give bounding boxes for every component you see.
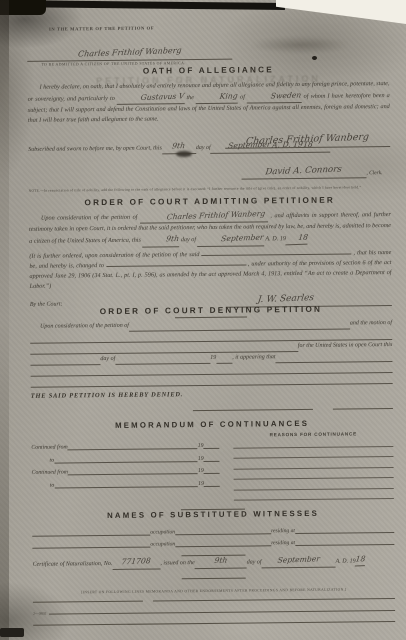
residing-label: residing at bbox=[271, 540, 295, 546]
jurat-text: Subscribed and sworn to before me, by op… bbox=[28, 144, 162, 155]
order-admitting-section: ORDER OF COURT ADMITTING PETITIONER Upon… bbox=[29, 195, 392, 320]
document-content: IN THE MATTER OF THE PETITION OF Charles… bbox=[0, 0, 406, 640]
word-the: the bbox=[186, 94, 194, 101]
nobility-note: NOTE.—In renunciation of title of nobili… bbox=[29, 185, 391, 193]
residing-label: residing at bbox=[271, 528, 295, 534]
center-divider-line bbox=[182, 577, 246, 579]
scanned-document-page: IN THE MATTER OF THE PETITION OF Charles… bbox=[0, 0, 406, 640]
form-number-mark: 2—0892 bbox=[33, 612, 46, 616]
certificate-label: Certificate of Naturalization, No. bbox=[33, 560, 113, 571]
caption-line: IN THE MATTER OF THE PETITION OF bbox=[27, 23, 389, 32]
ruler-name-fill: Gustavus V bbox=[117, 91, 185, 105]
word-of: of bbox=[240, 94, 245, 101]
deny-p1: Upon consideration of the petition of bbox=[30, 322, 129, 333]
clerk-label: , Clerk. bbox=[366, 169, 382, 178]
jurat-day-of: day of bbox=[196, 144, 211, 154]
admit-day-fill: 9th bbox=[142, 234, 179, 248]
continuance-dates-column: Continued from 19 to 19 Continued from bbox=[31, 433, 220, 503]
petition-denied-text: THE SAID PETITION IS HEREBY DENIED. bbox=[31, 389, 393, 400]
certificate-section: Certificate of Naturalization, No. 77170… bbox=[32, 553, 394, 581]
certificate-day-handwritten: 9th bbox=[214, 555, 228, 568]
occupation-label: occupation bbox=[150, 529, 175, 535]
memo-year-blank bbox=[204, 448, 220, 449]
footer-line-segment bbox=[153, 598, 395, 602]
jurat-section: Subscribed and sworn to before me, by op… bbox=[28, 138, 391, 193]
order-denying-section: ORDER OF COURT DENYING PETITION Upon con… bbox=[30, 304, 393, 413]
certificate-issued-label: , issued on the bbox=[160, 559, 194, 569]
certificate-month-handwritten: September bbox=[277, 553, 321, 567]
to-label: to bbox=[32, 482, 55, 488]
country-fill: Sweden bbox=[247, 90, 302, 104]
deny-title-line bbox=[333, 408, 393, 410]
certificate-month-fill: September bbox=[261, 554, 335, 568]
witness-residence-blank bbox=[295, 544, 394, 546]
memorandum-section: MEMORANDUM OF CONTINUANCES Continued fro… bbox=[31, 418, 394, 512]
reason-blank bbox=[234, 489, 394, 501]
certificate-day-fill: 9th bbox=[195, 555, 247, 569]
deny-year-blank bbox=[216, 363, 232, 364]
witness-name-blank bbox=[32, 547, 150, 549]
petitioner-name-line: Charles Frithiof Wanberg bbox=[27, 41, 232, 62]
deny-blank-6 bbox=[31, 383, 393, 388]
ruler-title-handwritten: King bbox=[207, 90, 238, 103]
footer-bracket-note: [INSERT ON FOLLOWING LINES MEMORANDA AND… bbox=[33, 587, 395, 595]
jurat-month-fill: September A. D. 1918 bbox=[211, 139, 331, 154]
witnesses-section: NAMES OF SUBSTITUTED WITNESSES occupatio… bbox=[32, 508, 394, 558]
admit-name-fill: Charles Frithiof Wanberg bbox=[140, 209, 268, 224]
admit-p2a: (It is further ordered, upon considerati… bbox=[29, 251, 199, 260]
jurat-month-handwritten: September bbox=[228, 139, 272, 153]
continued-from-label: Continued from bbox=[32, 469, 68, 475]
admit-day-handwritten: 9th bbox=[154, 233, 180, 246]
clerk-signature-line: David A. Connors bbox=[241, 159, 366, 179]
admit-month-fill: September bbox=[198, 233, 264, 247]
name-change-blank-2 bbox=[106, 264, 246, 266]
deny-signature-line bbox=[193, 409, 313, 411]
deny-sig-spacer bbox=[31, 411, 193, 413]
admit-p1a: Upon consideration of the petition of bbox=[41, 214, 138, 222]
certificate-day-of: day of bbox=[247, 558, 262, 568]
memo-year-blank bbox=[204, 473, 220, 474]
admit-year-handwritten: 18 bbox=[285, 232, 308, 246]
memorandum-title: MEMORANDUM OF CONTINUANCES bbox=[31, 418, 393, 431]
admit-month-handwritten: September bbox=[209, 232, 265, 246]
jurat-ad-label: A. D. 19 bbox=[271, 139, 303, 152]
admit-name-handwritten: Charles Frithiof Wanberg bbox=[154, 208, 266, 224]
memo-year-blank bbox=[204, 460, 220, 461]
witness-occupation-blank bbox=[175, 545, 271, 547]
jurat-day-handwritten: 9th bbox=[172, 140, 186, 153]
ruler-title-fill: King bbox=[196, 91, 238, 105]
name-change-blank-1 bbox=[202, 253, 352, 256]
certificate-ad-label: A. D. 19 bbox=[336, 557, 356, 567]
clerk-signature: David A. Connors bbox=[265, 164, 343, 177]
continuance-blank bbox=[54, 486, 198, 489]
order-admitting-paragraph: Upon consideration of the petition of Ch… bbox=[29, 208, 391, 248]
admit-day-of: day of bbox=[181, 236, 196, 243]
admit-ad-label: A. D. 19 bbox=[265, 235, 286, 242]
deny-day-of: day of bbox=[100, 355, 115, 365]
footer-line-full bbox=[33, 621, 395, 626]
order-admitting-title: ORDER OF COURT ADMITTING PETITIONER bbox=[29, 195, 391, 208]
continued-from-label: Continued from bbox=[31, 444, 67, 450]
certificate-year-handwritten: 18 bbox=[355, 554, 367, 568]
country-handwritten: Sweden bbox=[258, 89, 302, 103]
memo-year-blank bbox=[204, 485, 220, 486]
occupation-label: occupation bbox=[150, 541, 175, 547]
footer-line-full bbox=[49, 610, 395, 615]
certificate-number-handwritten: 771708 bbox=[121, 555, 152, 568]
deny-for-us: for the United States in open Court this bbox=[298, 341, 393, 352]
jurat-day-fill: 9th bbox=[162, 140, 196, 154]
footer-line-segment bbox=[33, 601, 143, 603]
footer-section: [INSERT ON FOLLOWING LINES MEMORANDA AND… bbox=[33, 587, 395, 626]
to-label: to bbox=[31, 457, 54, 463]
name-change-clause: (It is further ordered, upon considerati… bbox=[29, 248, 391, 292]
deny-appearing: , it appearing that bbox=[232, 354, 275, 364]
jurat-spacer bbox=[330, 152, 390, 153]
case-caption: IN THE MATTER OF THE PETITION OF Charles… bbox=[27, 23, 389, 67]
jurat-year-handwritten: 18 bbox=[302, 139, 313, 152]
reasons-column: REASONS FOR CONTINUANCE bbox=[233, 431, 393, 501]
deny-and-motion: and the motion of bbox=[350, 319, 392, 329]
certificate-number-fill: 771708 bbox=[112, 555, 160, 569]
ruler-name-handwritten: Gustavus V bbox=[128, 90, 185, 104]
petitioner-name-handwritten: Charles Frithiof Wanberg bbox=[77, 46, 182, 59]
